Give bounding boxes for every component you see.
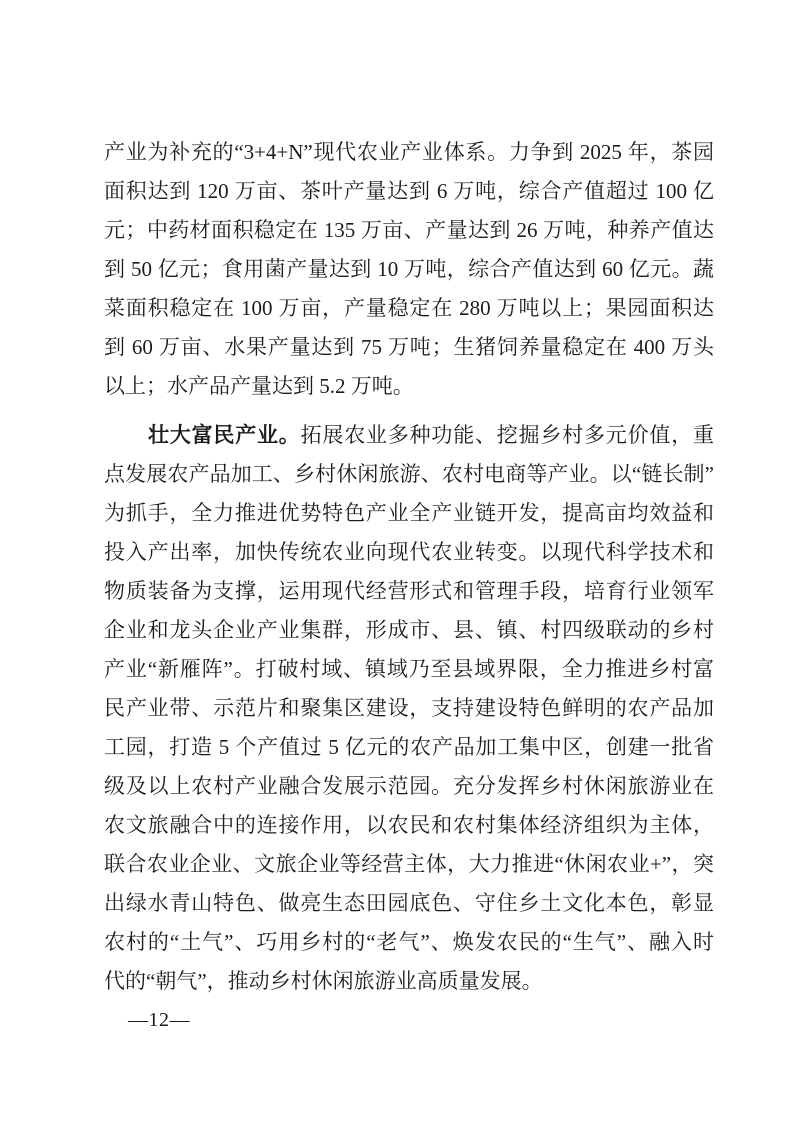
text-block: 产业为补充的“3+4+N”现代农业产业体系。力争到 2025 年，茶园 面积达到… (104, 133, 714, 1001)
text-line: 农文旅融合中的连接作用，以农民和农村集体经济组织为主体， (104, 806, 714, 845)
paragraph-enrich-people-industry: 壮大富民产业。拓展农业多种功能、挖掘乡村多元价值，重 点发展农产品加工、乡村休闲… (104, 416, 714, 1001)
text-line: 点发展农产品加工、乡村休闲旅游、农村电商等产业。以“链长制” (104, 455, 714, 494)
text-line: 出绿水青山特色、做亮生态田园底色、守住乡土文化本色，彰显 (104, 884, 714, 923)
document-page: 产业为补充的“3+4+N”现代农业产业体系。力争到 2025 年，茶园 面积达到… (0, 0, 793, 1122)
text-line: 以上；水产品产量达到 5.2 万吨。 (104, 367, 714, 406)
page-number: —12— (128, 1006, 190, 1034)
text-line: 代的“朝气”，推动乡村休闲旅游业高质量发展。 (104, 962, 714, 1001)
text-line: 农村的“土气”、巧用乡村的“老气”、焕发农民的“生气”、融入时 (104, 923, 714, 962)
text-line: 物质装备为支撑，运用现代经营形式和管理手段，培育行业领军 (104, 572, 714, 611)
text-line: 企业和龙头企业产业集群，形成市、县、镇、村四级联动的乡村 (104, 611, 714, 650)
text-line: 工园，打造 5 个产值过 5 亿元的农产品加工集中区，创建一批省 (104, 728, 714, 767)
paragraph-agriculture-targets: 产业为补充的“3+4+N”现代农业产业体系。力争到 2025 年，茶园 面积达到… (104, 133, 714, 406)
text-line: 元；中药材面积稳定在 135 万亩、产量达到 26 万吨，种养产值达 (104, 211, 714, 250)
paragraph-lead-bold: 壮大富民产业。 (148, 423, 301, 447)
text-line: 菜面积稳定在 100 万亩，产量稳定在 280 万吨以上；果园面积达 (104, 289, 714, 328)
text-line: 到 60 万亩、水果产量达到 75 万吨；生猪饲养量稳定在 400 万头 (104, 328, 714, 367)
text-line: 到 50 亿元；食用菌产量达到 10 万吨，综合产值达到 60 亿元。蔬 (104, 250, 714, 289)
text-line: 面积达到 120 万亩、茶叶产量达到 6 万吨，综合产值超过 100 亿 (104, 172, 714, 211)
text-line: 民产业带、示范片和聚集区建设，支持建设特色鲜明的农产品加 (104, 689, 714, 728)
paragraph-lead-rest: 拓展农业多种功能、挖掘乡村多元价值，重 (301, 423, 714, 447)
text-line: 投入产出率，加快传统农业向现代农业转变。以现代科学技术和 (104, 533, 714, 572)
text-line: 产业“新雁阵”。打破村域、镇域乃至县域界限，全力推进乡村富 (104, 650, 714, 689)
text-line: 级及以上农村产业融合发展示范园。充分发挥乡村休闲旅游业在 (104, 767, 714, 806)
text-line: 产业为补充的“3+4+N”现代农业产业体系。力争到 2025 年，茶园 (104, 133, 714, 172)
text-line: 为抓手，全力推进优势特色产业全产业链开发，提高亩均效益和 (104, 494, 714, 533)
text-line: 壮大富民产业。拓展农业多种功能、挖掘乡村多元价值，重 (104, 416, 714, 455)
text-line: 联合农业企业、文旅企业等经营主体，大力推进“休闲农业+”，突 (104, 845, 714, 884)
